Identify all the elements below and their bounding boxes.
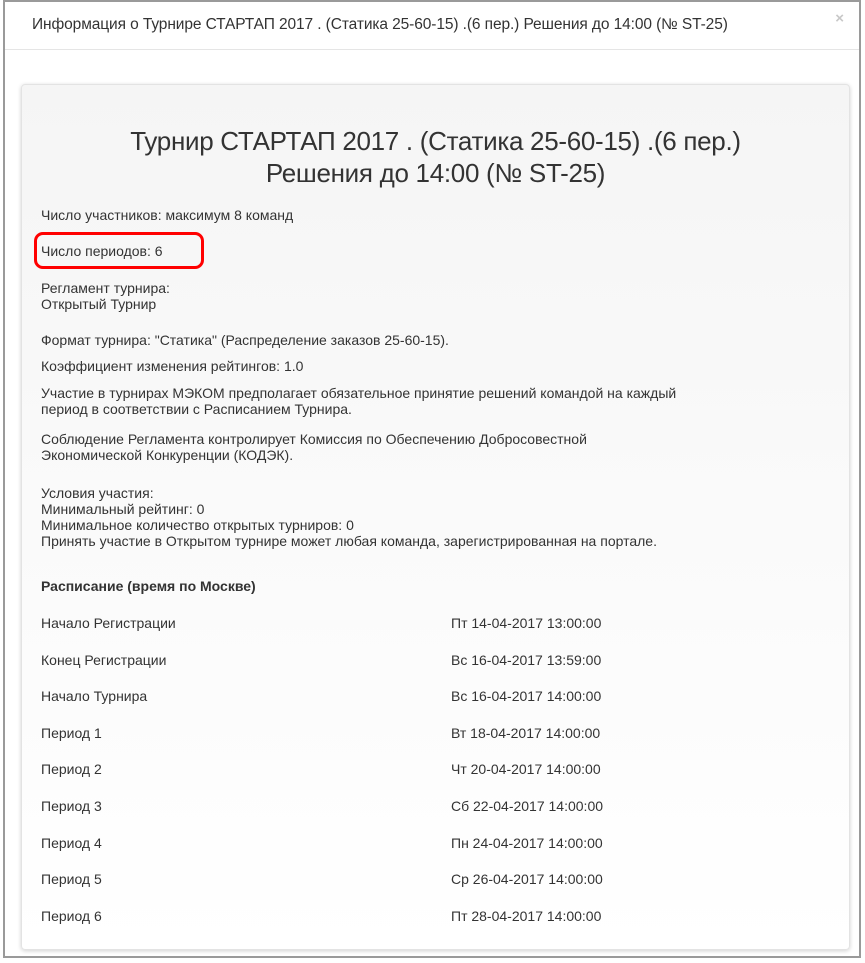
open-tournament-note: Принять участие в Открытом турнире может… [41,533,657,549]
schedule-row-label: Период 6 [41,908,102,924]
schedule-row: Период 1Вт 18-04-2017 14:00:00 [41,725,821,745]
schedule-row-datetime: Сб 22-04-2017 14:00:00 [451,798,603,814]
schedule-row: Период 4Пн 24-04-2017 14:00:00 [41,835,821,855]
participation-note-line2: период в соответствии с Расписанием Турн… [41,401,352,417]
schedule-row: Период 3Сб 22-04-2017 14:00:00 [41,798,821,818]
schedule-row-label: Период 1 [41,725,102,741]
close-icon[interactable]: × [835,11,844,26]
regulation-label: Регламент турнира: [41,280,170,296]
schedule-row-datetime: Пн 24-04-2017 14:00:00 [451,835,603,851]
schedule-row: Начало РегистрацииПт 14-04-2017 13:00:00 [41,615,821,635]
schedule-row-label: Период 4 [41,835,102,851]
modal-title: Информация о Турнире СТАРТАП 2017 . (Ста… [32,16,728,34]
compliance-note-line1: Соблюдение Регламента контролирует Комис… [41,431,587,447]
schedule-row-label: Конец Регистрации [41,652,166,668]
schedule-row-label: Период 3 [41,798,102,814]
conditions-label: Условия участия: [41,485,154,501]
schedule-row: Период 5Ср 26-04-2017 14:00:00 [41,871,821,891]
schedule-row-datetime: Пт 14-04-2017 13:00:00 [451,615,601,631]
schedule-row-datetime: Вт 18-04-2017 14:00:00 [451,725,600,741]
min-rating-info: Минимальный рейтинг: 0 [41,501,204,517]
rating-coefficient-info: Коэффициент изменения рейтингов: 1.0 [41,358,303,374]
periods-info: Число периодов: 6 [41,243,163,259]
schedule-row-datetime: Ср 26-04-2017 14:00:00 [451,871,603,887]
schedule-row-datetime: Вс 16-04-2017 13:59:00 [451,652,601,668]
format-info: Формат турнира: "Статика" (Распределение… [41,332,449,348]
regulation-value: Открытый Турнир [41,296,156,312]
participants-info: Число участников: максимум 8 команд [41,207,293,223]
schedule-row-label: Период 2 [41,761,102,777]
tournament-info-modal: Информация о Турнире СТАРТАП 2017 . (Ста… [3,0,861,958]
tournament-title-line2: Решения до 14:00 (№ ST-25) [22,157,849,189]
schedule-row-datetime: Вс 16-04-2017 14:00:00 [451,688,601,704]
schedule-row-datetime: Чт 20-04-2017 14:00:00 [451,761,601,777]
schedule-row-datetime: Пт 28-04-2017 14:00:00 [451,908,601,924]
tournament-info-panel: Турнир СТАРТАП 2017 . (Статика 25-60-15)… [21,84,850,950]
schedule-row: Период 6Пт 28-04-2017 14:00:00 [41,908,821,928]
schedule-row-label: Период 5 [41,871,102,887]
compliance-note-line2: Экономической Конкуренции (КОДЭК). [41,447,293,463]
min-open-tournaments-info: Минимальное количество открытых турниров… [41,517,354,533]
schedule-row-label: Начало Турнира [41,688,147,704]
schedule-row: Период 2Чт 20-04-2017 14:00:00 [41,761,821,781]
schedule-row: Конец РегистрацииВс 16-04-2017 13:59:00 [41,652,821,672]
schedule-row: Начало ТурнираВс 16-04-2017 14:00:00 [41,688,821,708]
tournament-title: Турнир СТАРТАП 2017 . (Статика 25-60-15)… [22,125,849,189]
tournament-title-line1: Турнир СТАРТАП 2017 . (Статика 25-60-15)… [22,125,849,157]
schedule-row-label: Начало Регистрации [41,615,176,631]
participation-note-line1: Участие в турнирах МЭКОМ предполагает об… [41,385,676,401]
modal-header: Информация о Турнире СТАРТАП 2017 . (Ста… [5,2,859,50]
schedule-heading: Расписание (время по Москве) [41,578,256,594]
